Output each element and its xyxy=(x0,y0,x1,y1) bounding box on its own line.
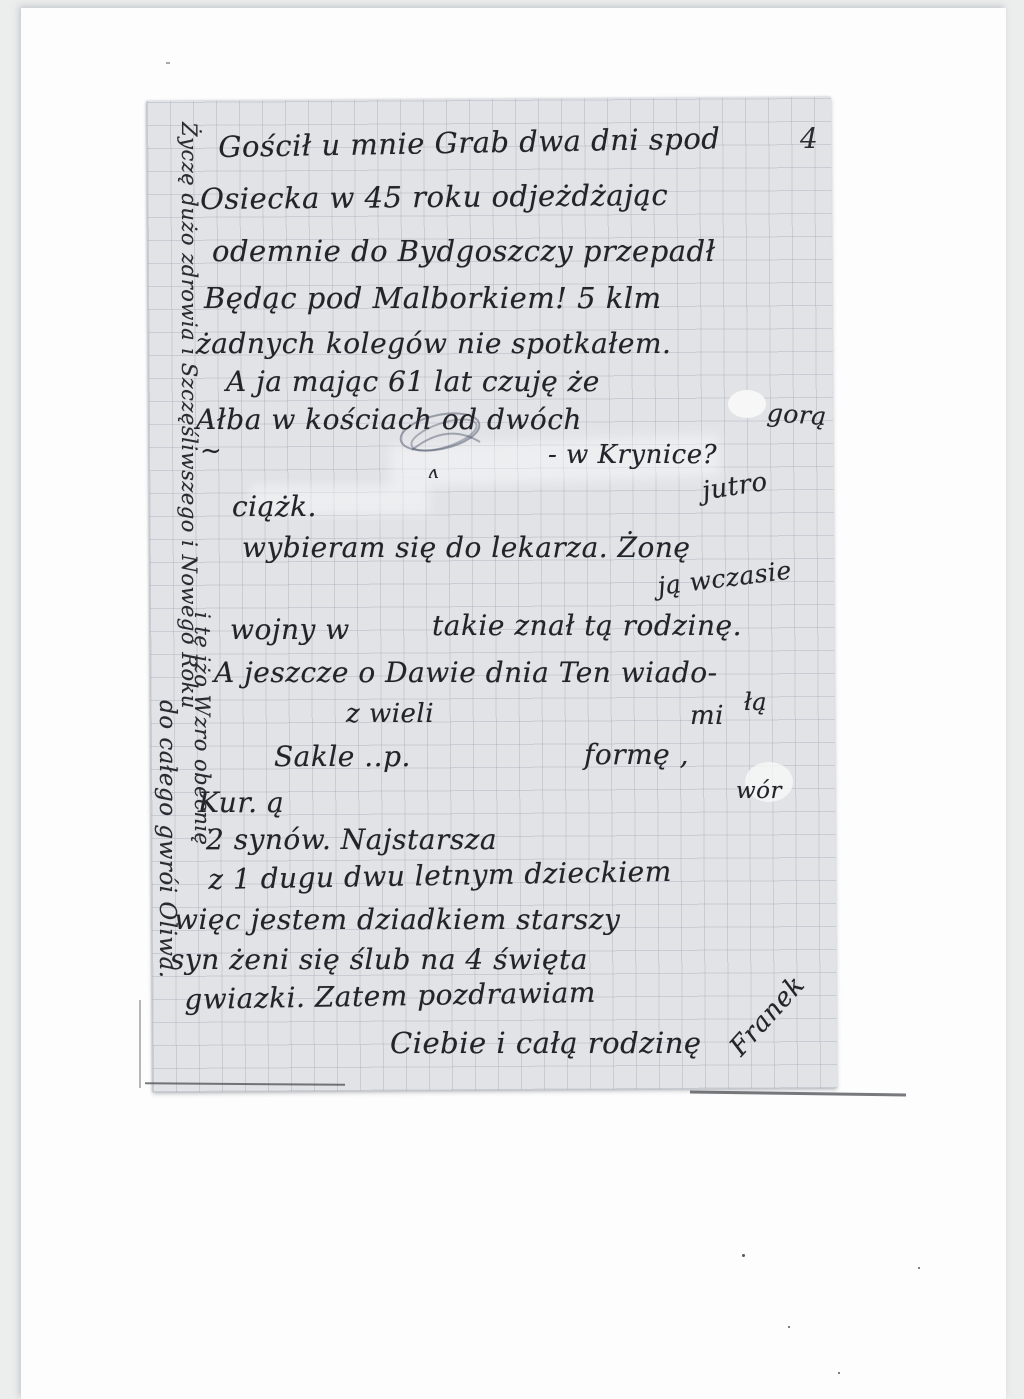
dust-speck xyxy=(788,1326,790,1328)
handwriting-line: Sakle ..p. xyxy=(274,740,411,773)
dust-speck xyxy=(166,62,170,64)
handwriting-line: mi xyxy=(690,701,724,731)
handwriting-line: łą xyxy=(744,688,767,716)
handwriting-line: formę , xyxy=(584,738,689,771)
tilde-mark: ~ xyxy=(200,436,222,466)
handwriting-line: odemnie do Bydgoszczy przepadł xyxy=(212,234,716,268)
handwriting-line: wór xyxy=(736,778,782,804)
handwriting-line: Osiecka w 45 roku odjeżdżając xyxy=(200,178,668,216)
handwriting-line: syn żeni się ślub na 4 święta xyxy=(170,943,588,976)
handwriting-line: - w Krynice? xyxy=(548,440,717,470)
handwriting-line: z wieli xyxy=(346,699,434,729)
handwriting-line: takie znał tą rodzinę. xyxy=(432,609,742,642)
dust-speck xyxy=(742,1254,745,1257)
handwriting-line: wojny w xyxy=(230,613,350,646)
handwriting-line: A ja mając 61 lat czuję że xyxy=(226,365,600,398)
correction-blob xyxy=(728,390,766,418)
handwriting-line: wybieram się do lekarza. Żonę xyxy=(242,531,690,564)
handwriting-line: żadnych kolegów nie spotkałem. xyxy=(196,327,671,360)
handwriting-line: 2 synów. Najstarsza xyxy=(206,823,497,856)
handwriting-line: gorą xyxy=(766,398,828,431)
caret-mark: ʌ xyxy=(428,462,439,483)
page-number: 4 xyxy=(800,122,818,155)
margin-note-vertical: do całego gwrói Oliwa. xyxy=(154,700,180,979)
handwriting-line: ciążk. xyxy=(232,490,317,523)
margin-note-vertical: i tę iżo Wzro obecnię xyxy=(190,612,214,845)
handwriting-line: więc jestem dziadkiem starszy xyxy=(174,903,620,936)
handwriting-line: Będąc pod Malborkiem! 5 klm xyxy=(204,281,662,315)
handwriting-line: Ałba w kościach od dwóch xyxy=(196,403,582,436)
scan-edge-line xyxy=(139,1000,141,1088)
dust-speck xyxy=(918,1267,920,1269)
dust-speck xyxy=(838,1372,840,1374)
handwriting-line: A jeszcze o Dawie dnia Ten wiado- xyxy=(214,656,718,689)
scanned-letter-page: 4 Gościł u mnie Grab dwa dni spod Osieck… xyxy=(0,0,1024,1399)
handwriting-line: Ciebie i całą rodzinę xyxy=(390,1026,702,1060)
